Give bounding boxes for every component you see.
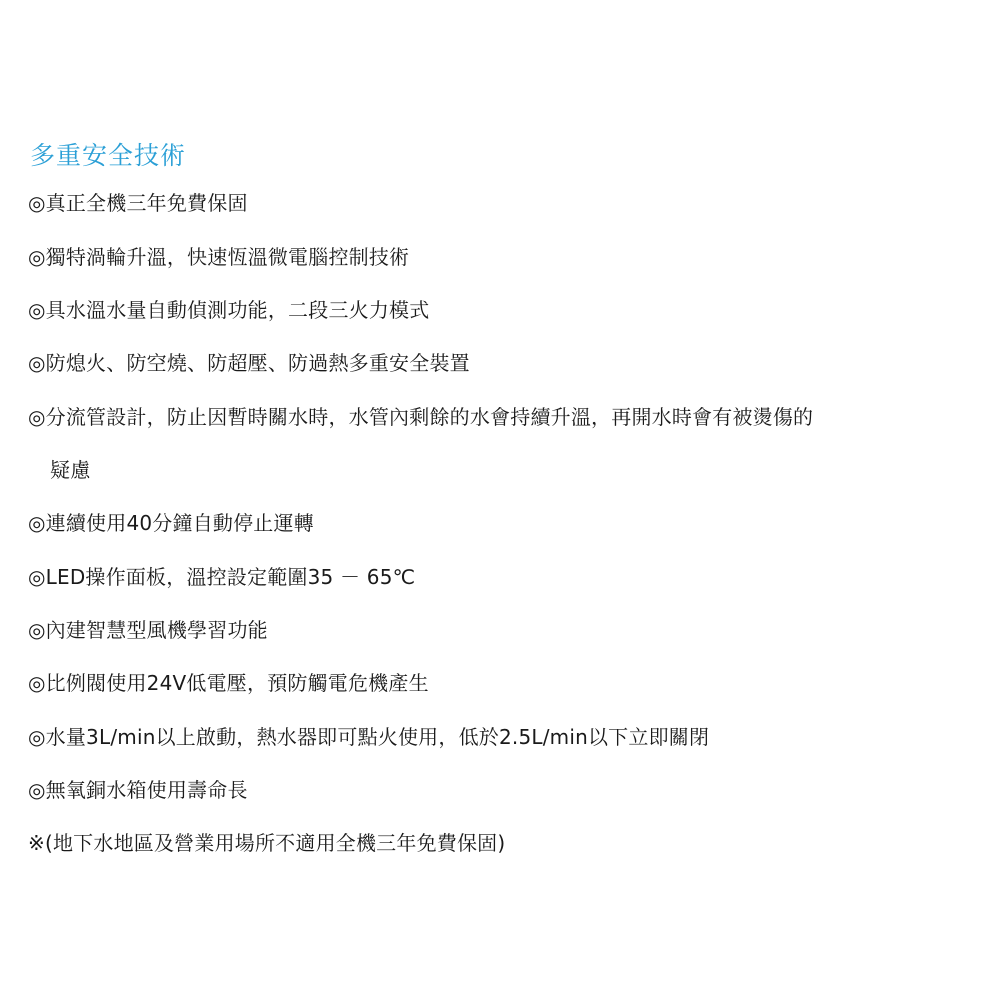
section-title: 多重安全技術 bbox=[30, 136, 186, 176]
feature-text: 內建智慧型風機學習功能 bbox=[46, 618, 268, 642]
double-circle-bullet-icon: ◎ bbox=[28, 402, 46, 432]
double-circle-bullet-icon: ◎ bbox=[28, 668, 46, 698]
feature-text: 真正全機三年免費保固 bbox=[46, 191, 248, 215]
feature-item: ◎比例閥使用24V低電壓，預防觸電危機產生 bbox=[28, 668, 429, 698]
feature-item: ◎具水溫水量自動偵測功能，二段三火力模式 bbox=[28, 295, 429, 325]
feature-item: ◎防熄火、防空燒、防超壓、防過熱多重安全裝置 bbox=[28, 348, 470, 378]
feature-item: ◎真正全機三年免費保固 bbox=[28, 188, 248, 218]
double-circle-bullet-icon: ◎ bbox=[28, 242, 46, 272]
feature-item: ◎分流管設計，防止因暫時關水時，水管內剩餘的水會持續升溫，再開水時會有被燙傷的 bbox=[28, 402, 813, 432]
warranty-note: ※(地下水地區及營業用場所不適用全機三年免費保固) bbox=[28, 828, 505, 858]
double-circle-bullet-icon: ◎ bbox=[28, 508, 46, 538]
double-circle-bullet-icon: ◎ bbox=[28, 775, 46, 805]
feature-text: LED操作面板，溫控設定範圍35 － 65℃ bbox=[46, 565, 416, 589]
feature-text: 比例閥使用24V低電壓，預防觸電危機產生 bbox=[46, 671, 429, 695]
feature-item-continuation: 疑慮 bbox=[50, 455, 90, 485]
double-circle-bullet-icon: ◎ bbox=[28, 348, 46, 378]
feature-item: ◎連續使用40分鐘自動停止運轉 bbox=[28, 508, 314, 538]
double-circle-bullet-icon: ◎ bbox=[28, 722, 46, 752]
double-circle-bullet-icon: ◎ bbox=[28, 295, 46, 325]
feature-text: 連續使用40分鐘自動停止運轉 bbox=[46, 511, 314, 535]
double-circle-bullet-icon: ◎ bbox=[28, 562, 46, 592]
feature-text: 無氧銅水箱使用壽命長 bbox=[46, 778, 248, 802]
feature-text: 水量3L/min以上啟動，熱水器即可點火使用，低於2.5L/min以下立即關閉 bbox=[46, 725, 710, 749]
feature-item: ◎內建智慧型風機學習功能 bbox=[28, 615, 268, 645]
feature-text: 分流管設計，防止因暫時關水時，水管內剩餘的水會持續升溫，再開水時會有被燙傷的 bbox=[46, 405, 814, 429]
feature-item: ◎獨特渦輪升溫，快速恆溫微電腦控制技術 bbox=[28, 242, 409, 272]
double-circle-bullet-icon: ◎ bbox=[28, 188, 46, 218]
feature-item: ◎水量3L/min以上啟動，熱水器即可點火使用，低於2.5L/min以下立即關閉 bbox=[28, 722, 709, 752]
feature-item: ◎無氧銅水箱使用壽命長 bbox=[28, 775, 248, 805]
note-text: (地下水地區及營業用場所不適用全機三年免費保固) bbox=[45, 831, 505, 855]
feature-text: 獨特渦輪升溫，快速恆溫微電腦控制技術 bbox=[46, 245, 410, 269]
feature-text: 具水溫水量自動偵測功能，二段三火力模式 bbox=[46, 298, 430, 322]
feature-text: 防熄火、防空燒、防超壓、防過熱多重安全裝置 bbox=[46, 351, 470, 375]
double-circle-bullet-icon: ◎ bbox=[28, 615, 46, 645]
feature-item: ◎LED操作面板，溫控設定範圍35 － 65℃ bbox=[28, 562, 415, 592]
reference-mark-icon: ※ bbox=[28, 828, 45, 858]
